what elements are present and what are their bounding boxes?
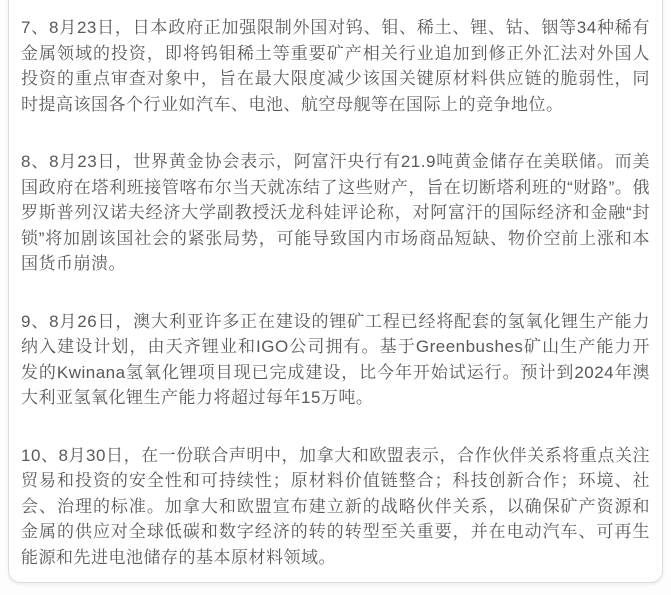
article-card: 7、8月23日，日本政府正加强限制外国对钨、钼、稀土、锂、钴、铟等34种稀有金属…: [8, 0, 663, 583]
paragraph-8: 8、8月23日，世界黄金协会表示，阿富汗央行有21.9吨黄金储存在美联储。而美国…: [21, 149, 650, 277]
paragraph-7: 7、8月23日，日本政府正加强限制外国对钨、钼、稀土、锂、钴、铟等34种稀有金属…: [21, 15, 650, 117]
paragraph-9: 9、8月26日，澳大利亚许多正在建设的锂矿工程已经将配套的氢氧化锂生产能力纳入建…: [21, 309, 650, 411]
page: 7、8月23日，日本政府正加强限制外国对钨、钼、稀土、锂、钴、铟等34种稀有金属…: [0, 0, 671, 595]
paragraph-10: 10、8月30日，在一份联合声明中，加拿大和欧盟表示，合作伙伴关系将重点关注贸易…: [21, 443, 650, 571]
